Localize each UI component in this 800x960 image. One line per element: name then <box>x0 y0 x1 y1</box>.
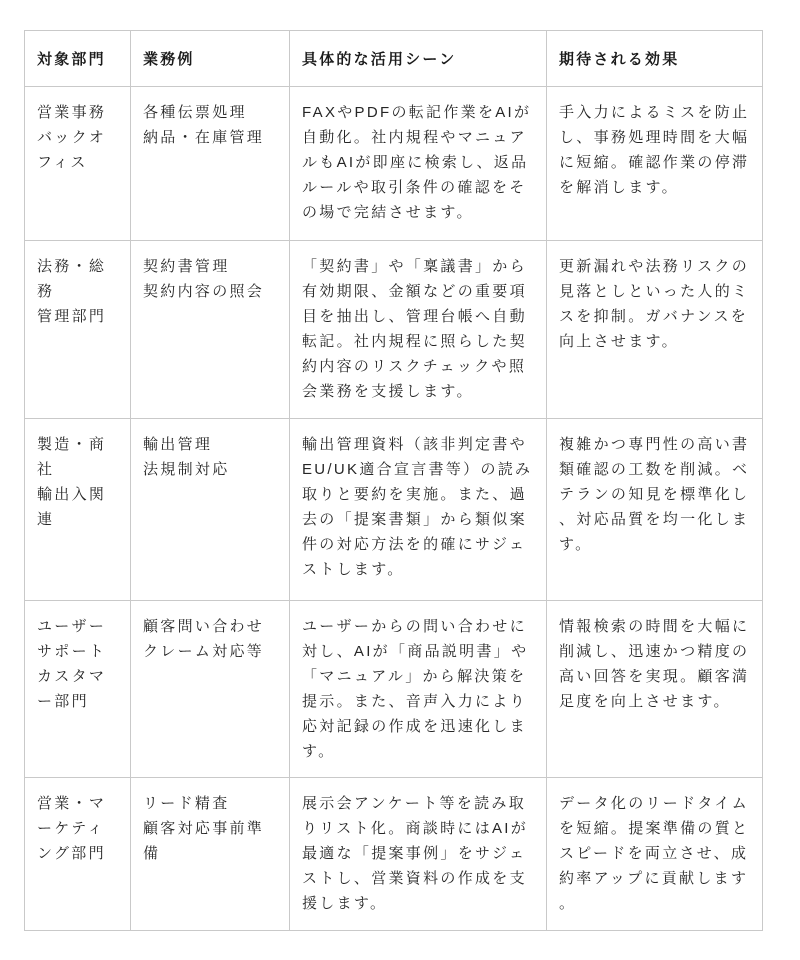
cell-effect: 手入力によるミスを防止し、事務処理時間を大幅に短縮。確認作業の停滞を解消します。 <box>547 87 763 241</box>
column-header-effect: 期待される効果 <box>547 31 763 87</box>
column-header-department: 対象部門 <box>25 31 131 87</box>
cell-effect: データ化のリードタイムを短縮。提案準備の質とスピードを両立させ、成約率アップに貢… <box>547 778 763 931</box>
cell-department: 営業事務 バックオフィス <box>25 87 131 241</box>
cell-scene: 展示会アンケート等を読み取りリスト化。商談時にはAIが最適な「提案事例」をサジェ… <box>290 778 547 931</box>
cell-scene: 輸出管理資料（該非判定書やEU/UK適合宣言書等）の読み取りと要約を実施。また、… <box>290 419 547 601</box>
cell-department: 営業・マーケティング部門 <box>25 778 131 931</box>
cell-department: 法務・総務 管理部門 <box>25 241 131 419</box>
cell-effect: 更新漏れや法務リスクの見落としといった人的ミスを抑制。ガバナンスを向上させます。 <box>547 241 763 419</box>
cell-examples: 各種伝票処理 納品・在庫管理 <box>131 87 290 241</box>
cell-department: 製造・商社 輸出入関連 <box>25 419 131 601</box>
page: 対象部門 業務例 具体的な活用シーン 期待される効果 営業事務 バックオフィス … <box>0 0 800 960</box>
cell-examples: リード精査 顧客対応事前準備 <box>131 778 290 931</box>
cell-examples: 契約書管理 契約内容の照会 <box>131 241 290 419</box>
table-row: 営業事務 バックオフィス 各種伝票処理 納品・在庫管理 FAXやPDFの転記作業… <box>25 87 763 241</box>
column-header-scene: 具体的な活用シーン <box>290 31 547 87</box>
ai-use-case-table: 対象部門 業務例 具体的な活用シーン 期待される効果 営業事務 バックオフィス … <box>24 30 763 931</box>
cell-scene: 「契約書」や「稟議書」から有効期限、金額などの重要項目を抽出し、管理台帳へ自動転… <box>290 241 547 419</box>
cell-department: ユーザーサポート カスタマー部門 <box>25 601 131 778</box>
cell-examples: 輸出管理 法規制対応 <box>131 419 290 601</box>
cell-effect: 情報検索の時間を大幅に削減し、迅速かつ精度の高い回答を実現。顧客満足度を向上させ… <box>547 601 763 778</box>
table-row: 法務・総務 管理部門 契約書管理 契約内容の照会 「契約書」や「稟議書」から有効… <box>25 241 763 419</box>
table-row: ユーザーサポート カスタマー部門 顧客問い合わせ クレーム対応等 ユーザーからの… <box>25 601 763 778</box>
table-row: 製造・商社 輸出入関連 輸出管理 法規制対応 輸出管理資料（該非判定書やEU/U… <box>25 419 763 601</box>
cell-scene: ユーザーからの問い合わせに対し、AIが「商品説明書」や「マニュアル」から解決策を… <box>290 601 547 778</box>
table-row: 営業・マーケティング部門 リード精査 顧客対応事前準備 展示会アンケート等を読み… <box>25 778 763 931</box>
column-header-examples: 業務例 <box>131 31 290 87</box>
table-header-row: 対象部門 業務例 具体的な活用シーン 期待される効果 <box>25 31 763 87</box>
cell-effect: 複雑かつ専門性の高い書類確認の工数を削減。ベテランの知見を標準化し、対応品質を均… <box>547 419 763 601</box>
cell-examples: 顧客問い合わせ クレーム対応等 <box>131 601 290 778</box>
cell-scene: FAXやPDFの転記作業をAIが自動化。社内規程やマニュアルもAIが即座に検索し… <box>290 87 547 241</box>
